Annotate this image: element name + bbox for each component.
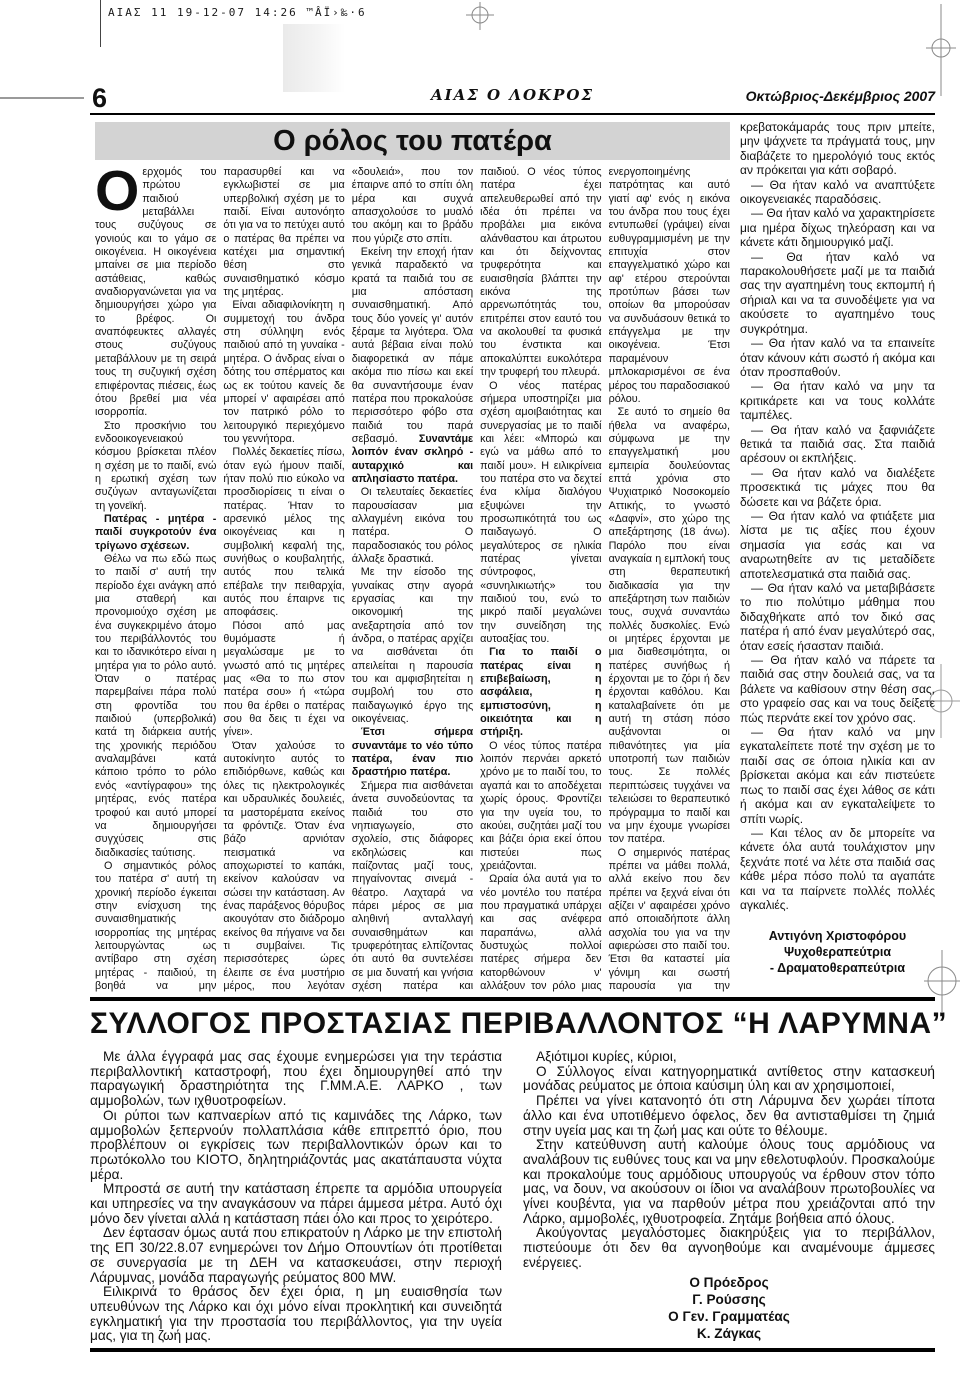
- plate-slug: ΑΙΑΣ 11 19-12-07 14:26 ™ÂÏ›‰·6: [108, 6, 367, 19]
- paragraph: Στην κατεύθυνση αυτή καλούμε όλους τους …: [523, 1138, 935, 1226]
- crop-mark-left: [0, 97, 84, 99]
- signature-line: - Δραματοθεραπεύτρια: [740, 960, 935, 976]
- article-title: Ο ρόλος του πατέρα: [95, 122, 730, 160]
- paragraph: Δεν έφτασαν όμως αυτά που επικρατούν η Λ…: [90, 1226, 502, 1285]
- paragraph: Ακούγοντας μεγαλόστομες διακηρύξεις για …: [523, 1226, 935, 1270]
- signature-line: Κ. Ζάγκας: [523, 1325, 935, 1342]
- bottom-signatures: Ο ΠρόεδροςΓ. ΡούσσηςΟ Γεν. ΓραμματέαςΚ. …: [523, 1274, 935, 1342]
- paragraph: Ο νέος πατέρας σήμερα υποστηρίζει μια σχ…: [480, 380, 601, 647]
- page-bottom-rule: [90, 1348, 935, 1352]
- paragraph: Ο Σύλλογος είναι κατηγορηματικά αντίθετο…: [523, 1065, 935, 1094]
- signature-line: Ο Πρόεδρος: [523, 1274, 935, 1291]
- paragraph: Σε αυτό το σημείο θα ήθελα να αναφέρω, σ…: [609, 406, 730, 846]
- paragraph: Αξιότιμοι κυρίες, κύριοι,: [523, 1050, 935, 1065]
- registration-crosshair-icon: [466, 2, 494, 30]
- signature-line: Ψυχοθεραπεύτρια: [740, 944, 935, 960]
- signature-line: Αντιγόνη Χριστοφόρου: [740, 928, 935, 944]
- paragraph: — Θα ήταν καλό να πάρετε τα παιδιά σας σ…: [740, 653, 935, 725]
- paragraph: Οι ρύποι των καπναερίων από τις καμινάδε…: [90, 1109, 502, 1183]
- paragraph: — Θα ήταν καλό να χαρακτηρίσετε μια ημέρ…: [740, 206, 935, 249]
- paragraph: — Θα ήταν καλό να τα επαινείτε όταν κάνο…: [740, 336, 935, 379]
- paragraph: Οι τελευταίες δεκαετίες παρουσίασαν μια …: [352, 486, 473, 566]
- paragraph: — Θα ήταν καλό να ξαφνιάζετε θετικά τα π…: [740, 423, 935, 466]
- paragraph: — Θα ήταν καλό να μην εγκαταλείπετε ποτέ…: [740, 725, 935, 826]
- main-article: Ο ρόλος του πατέρα Οερχομός του πρώτου π…: [90, 118, 935, 996]
- newspaper-page: ΑΙΑΣ 11 19-12-07 14:26 ™ÂÏ›‰·6 6 ΑΙΑΣ Ο …: [0, 0, 960, 1397]
- paragraph: — Θα ήταν καλό να φτιάξετε μια λίστα με …: [740, 509, 935, 581]
- paragraph: Οερχομός του πρώτου παιδιού μεταβάλλει τ…: [95, 166, 216, 420]
- paragraph: Πολλές δεκαετίες πίσω, όταν εγώ ήμουν πα…: [223, 446, 344, 619]
- paragraph: — Θα ήταν καλό να παρακολουθήσετε μαζί μ…: [740, 250, 935, 336]
- paragraph: Πρέπει να γίνει κατανοητό ότι στη Λάρυμν…: [523, 1094, 935, 1138]
- section-divider-rule: [90, 997, 935, 1001]
- bottom-article-heading: ΣΥΛΛΟΓΟΣ ΠΡΟΣΤΑΣΙΑΣ ΠΕΡΙΒΑΛΛΟΝΤΟΣ “Η ΛΑΡ…: [90, 1007, 935, 1041]
- paragraph: Πόσοι από μας θυμόμαστε ή μεγαλώσαμε με …: [223, 620, 344, 740]
- paragraph: — Θα ήταν καλό να διαλέξετε προσεκτικά τ…: [740, 466, 935, 509]
- paragraph: Με την είσοδο της γυναίκας στην αγορά ερ…: [352, 566, 473, 726]
- paragraph: — Θα ήταν καλό να αναπτύξετε οικογενειακ…: [740, 178, 935, 207]
- paragraph: Μπροστά σε αυτή την κατάσταση έπρεπε τα …: [90, 1182, 502, 1226]
- bottom-article: ΣΥΛΛΟΓΟΣ ΠΡΟΣΤΑΣΙΑΣ ΠΕΡΙΒΑΛΛΟΝΤΟΣ “Η ΛΑΡ…: [90, 1007, 935, 1344]
- paragraph: Ειλικρινά το θράσος δεν έχει όρια, η μη …: [90, 1285, 502, 1344]
- paragraph: Έτσι σήμερα συναντάμε το νέο τύπο πατέρα…: [352, 726, 473, 779]
- bottom-right-column: Αξιότιμοι κυρίες, κύριοι,Ο Σύλλογος είνα…: [523, 1050, 935, 1344]
- bottom-right-text: Αξιότιμοι κυρίες, κύριοι,Ο Σύλλογος είνα…: [523, 1050, 935, 1271]
- paragraph: — Και τέλος αν δε μπορείτε να κάνετε όλα…: [740, 826, 935, 912]
- article-body-columns: Οερχομός του πρώτου παιδιού μεταβάλλει τ…: [95, 166, 730, 996]
- paragraph: Είναι αδιαφιλονίκητη η συμμετοχή του άνδ…: [223, 299, 344, 446]
- paragraph: — Θα ήταν καλό να μεταβιβάσετε το πιο πο…: [740, 581, 935, 653]
- bottom-article-columns: Με άλλα έγγραφά μας σας έχουμε ενημερώσε…: [90, 1050, 935, 1344]
- paragraph: Για το παιδί ο πατέρας είναι η επιβεβαίω…: [480, 646, 601, 739]
- paragraph: Με άλλα έγγραφά μας σας έχουμε ενημερώσε…: [90, 1050, 502, 1109]
- page-header: 6 ΑΙΑΣ Ο ΛΟΚΡΟΣ Οκτώβριος-Δεκέμβριος 200…: [90, 78, 935, 115]
- drop-cap: Ο: [95, 166, 142, 214]
- paragraph: Ο νέος τύπος πατέρα λοιπόν περνάει αρκετ…: [480, 740, 601, 873]
- paragraph: κρεβατοκάμαράς τους πριν μπείτε, μην ψάχ…: [740, 120, 935, 178]
- paragraph: Εκείνη την εποχή ήταν γενικά παραδεκτό ν…: [352, 246, 473, 486]
- paragraph: Στο προσκήνιο του ενδοοικογενειακού κόσμ…: [95, 420, 216, 513]
- issue-date: Οκτώβριος-Δεκέμβριος 2007: [746, 88, 935, 104]
- signature-line: Ο Γεν. Γραμματέας: [523, 1308, 935, 1325]
- paragraph: Θέλω να πω εδώ πως το παιδί σ' αυτή την …: [95, 553, 216, 860]
- bottom-left-column: Με άλλα έγγραφά μας σας έχουμε ενημερώσε…: [90, 1050, 502, 1344]
- paragraph: — Θα ήταν καλό να μην τα κριτικάρετε και…: [740, 379, 935, 422]
- signature-line: Γ. Ρούσσης: [523, 1291, 935, 1308]
- article-sidebar-column: κρεβατοκάμαράς τους πριν μπείτε, μην ψάχ…: [740, 120, 935, 996]
- sidebar-text: κρεβατοκάμαράς τους πριν μπείτε, μην ψάχ…: [740, 120, 935, 912]
- paragraph: Πατέρας - μητέρα - παιδί συγκροτούν ένα …: [95, 513, 216, 553]
- article-author-signature: Αντιγόνη ΧριστοφόρουΨυχοθεραπεύτρια- Δρα…: [740, 928, 935, 976]
- plate-divider-line: [100, 0, 101, 47]
